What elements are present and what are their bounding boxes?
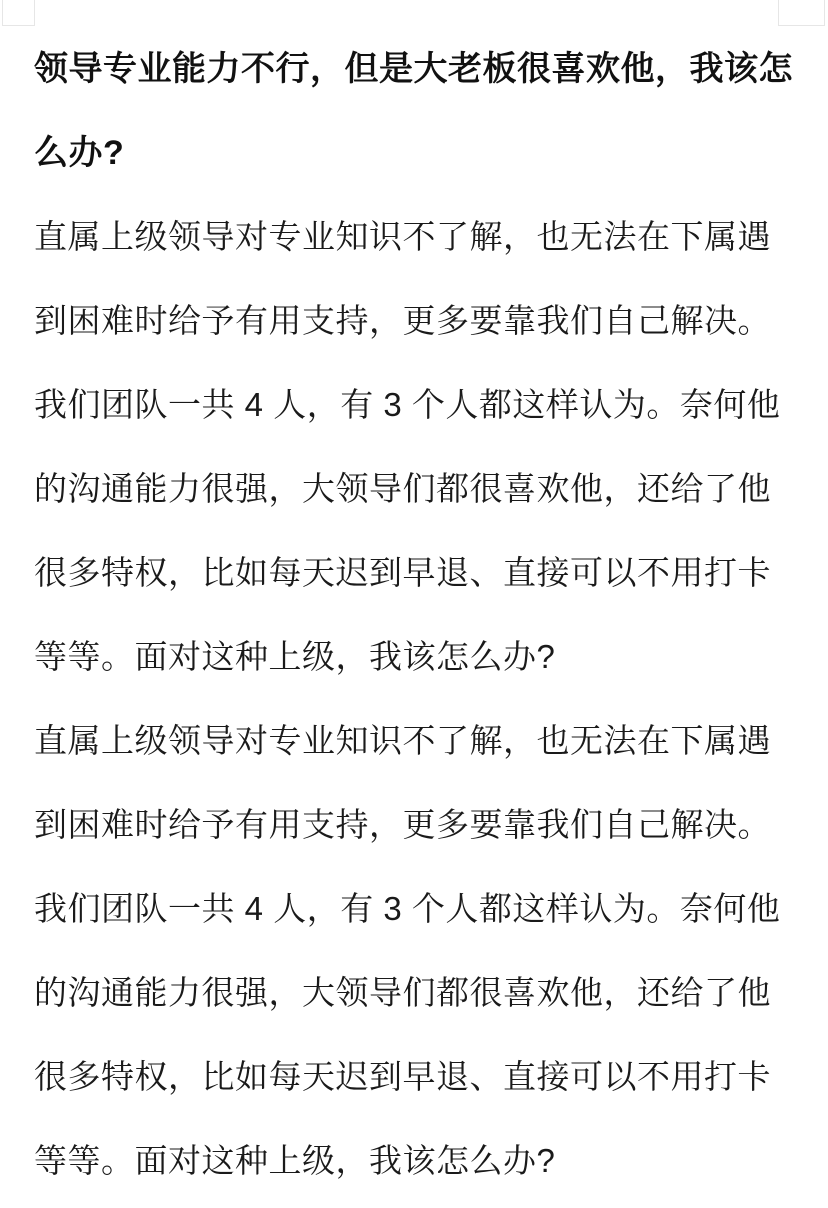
cropped-card-corner-left [2, 0, 35, 26]
question-body-paragraph-repeat: 直属上级领导对专业知识不了解，也无法在下属遇 到困难时给予有用支持，更多要靠我们… [34, 699, 794, 1203]
question-title: 领导专业能力不行，但是大老板很喜欢他，我该怎 么办? [34, 27, 794, 195]
question-body-paragraph: 直属上级领导对专业知识不了解，也无法在下属遇 到困难时给予有用支持，更多要靠我们… [34, 195, 794, 699]
cropped-card-corner-right [778, 0, 825, 26]
article-content: 领导专业能力不行，但是大老板很喜欢他，我该怎 么办? 直属上级领导对专业知识不了… [0, 0, 828, 1203]
